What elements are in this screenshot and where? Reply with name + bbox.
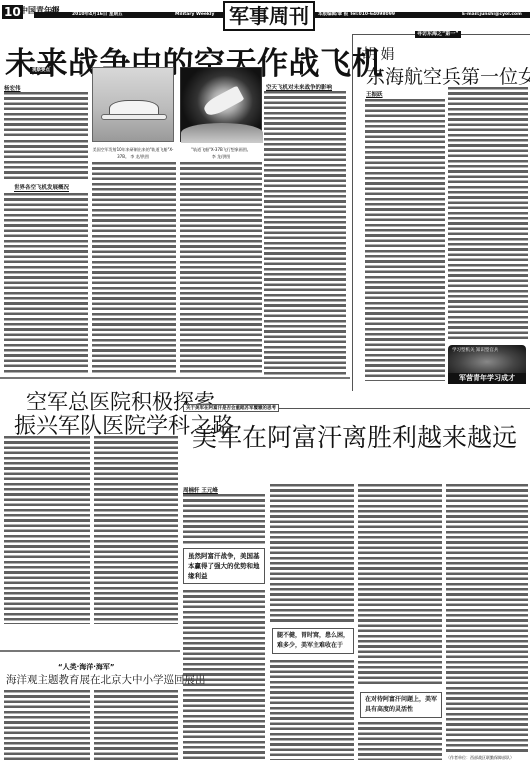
spaceplane-orbit-shape [202,86,245,119]
author-tag: 观察要点 [30,67,52,74]
header-english-section: Military Weekly [175,12,214,18]
photo-x37b-orbit [180,67,262,142]
photo2-caption: "轨道飞船"X-37B飞行想象画图。 李 龙/供图 [180,146,262,160]
main-col1-text-c [4,193,88,373]
hospital-col1-text [4,436,90,624]
main-byline: 杨宏伟 [4,84,21,92]
main-col4-text [264,91,346,375]
afghan-col1-text-b [183,590,265,760]
feature-poster-label: 军营青年学习成才 [448,373,526,384]
header-date: 2010年4月16日 星期五 [72,12,122,18]
main-section-heading: 世界各空飞机发展概况 [14,183,69,192]
ocean-col1-text [4,690,90,760]
main-col1-text [4,92,88,138]
feature-poster-image: 学习型机关 知识型官兵 [448,345,526,373]
afghan-col1-text-a [183,494,265,546]
feature-name: 胡 娟 [362,44,394,64]
afghan-byline: 周楠轩 王元峰 [183,486,218,494]
hospital-col2-text [94,436,178,624]
afghan-pullquote-3: 在对待阿富汗问题上，美军具有高度的灵活性 [360,692,442,718]
series-tag: 寻访东海之“第一” [415,31,461,38]
main-col2-text [92,162,176,374]
afghan-pullquote-1: 虽然阿富汗战争，美国基本赢得了强大的优势和地缘利益 [183,548,265,584]
main-col3-text [180,162,262,374]
main-col1-text-b [4,140,88,180]
afghan-footer-credit: （作者单位：西部战区联勤保障部队） [446,755,514,761]
poster-top-text: 学习型机关 知识型官兵 [452,347,498,353]
header-slashes: //// [50,6,58,15]
spaceplane-wing [101,114,167,120]
header-email: E-mail:junshi@cyol.com [462,12,522,18]
afghan-col2-text-b [270,660,354,760]
feature-title: 东海航空兵第一位女中士 [366,62,530,89]
hospital-article-rule [0,650,180,652]
feature-col2-text [448,87,528,339]
earth-horizon [181,123,263,143]
ocean-col2-text [94,690,178,760]
afghan-col4-text [446,484,528,754]
header-editor-info: 本版编辑/章 报 Tel:010-64098099 [318,12,395,18]
main-article-rule [0,377,350,379]
afghan-pullquote-2: 腿不健，胃时窝，患么困，难多少，美军主难收在于 [272,628,354,654]
afghan-col3-text-b [358,722,442,760]
ocean-kicker: “人类·海洋·海军” [58,662,115,672]
afghan-col3-text-a [358,484,442,684]
photo-x37b-runway [92,67,174,142]
masthead: 军事周刊 [223,1,315,31]
photo1-caption: 美国空军发射10年来研制出来的"轨道飞船"X-37B。 李 龙/供图 [90,146,176,160]
afghan-col2-text-a [270,484,354,622]
headline-afghan: 美军在阿富汗离胜利越来越远 [192,418,517,454]
feature-col1-text [365,99,445,381]
headline-ocean: 海洋观主题教育展在北京大中小学巡回展出 [6,672,206,687]
feature-byline: 王振跃 [366,90,383,98]
afghan-kicker: 关于美军在阿富汗是否会重蹈苏军覆辙的思考 [183,404,279,412]
main-right-subheading: 空天飞机对未来战争的影响 [266,83,332,91]
page-header: 10 中国青年报 //// 2010年4月16日 星期五 Military We… [0,0,530,30]
